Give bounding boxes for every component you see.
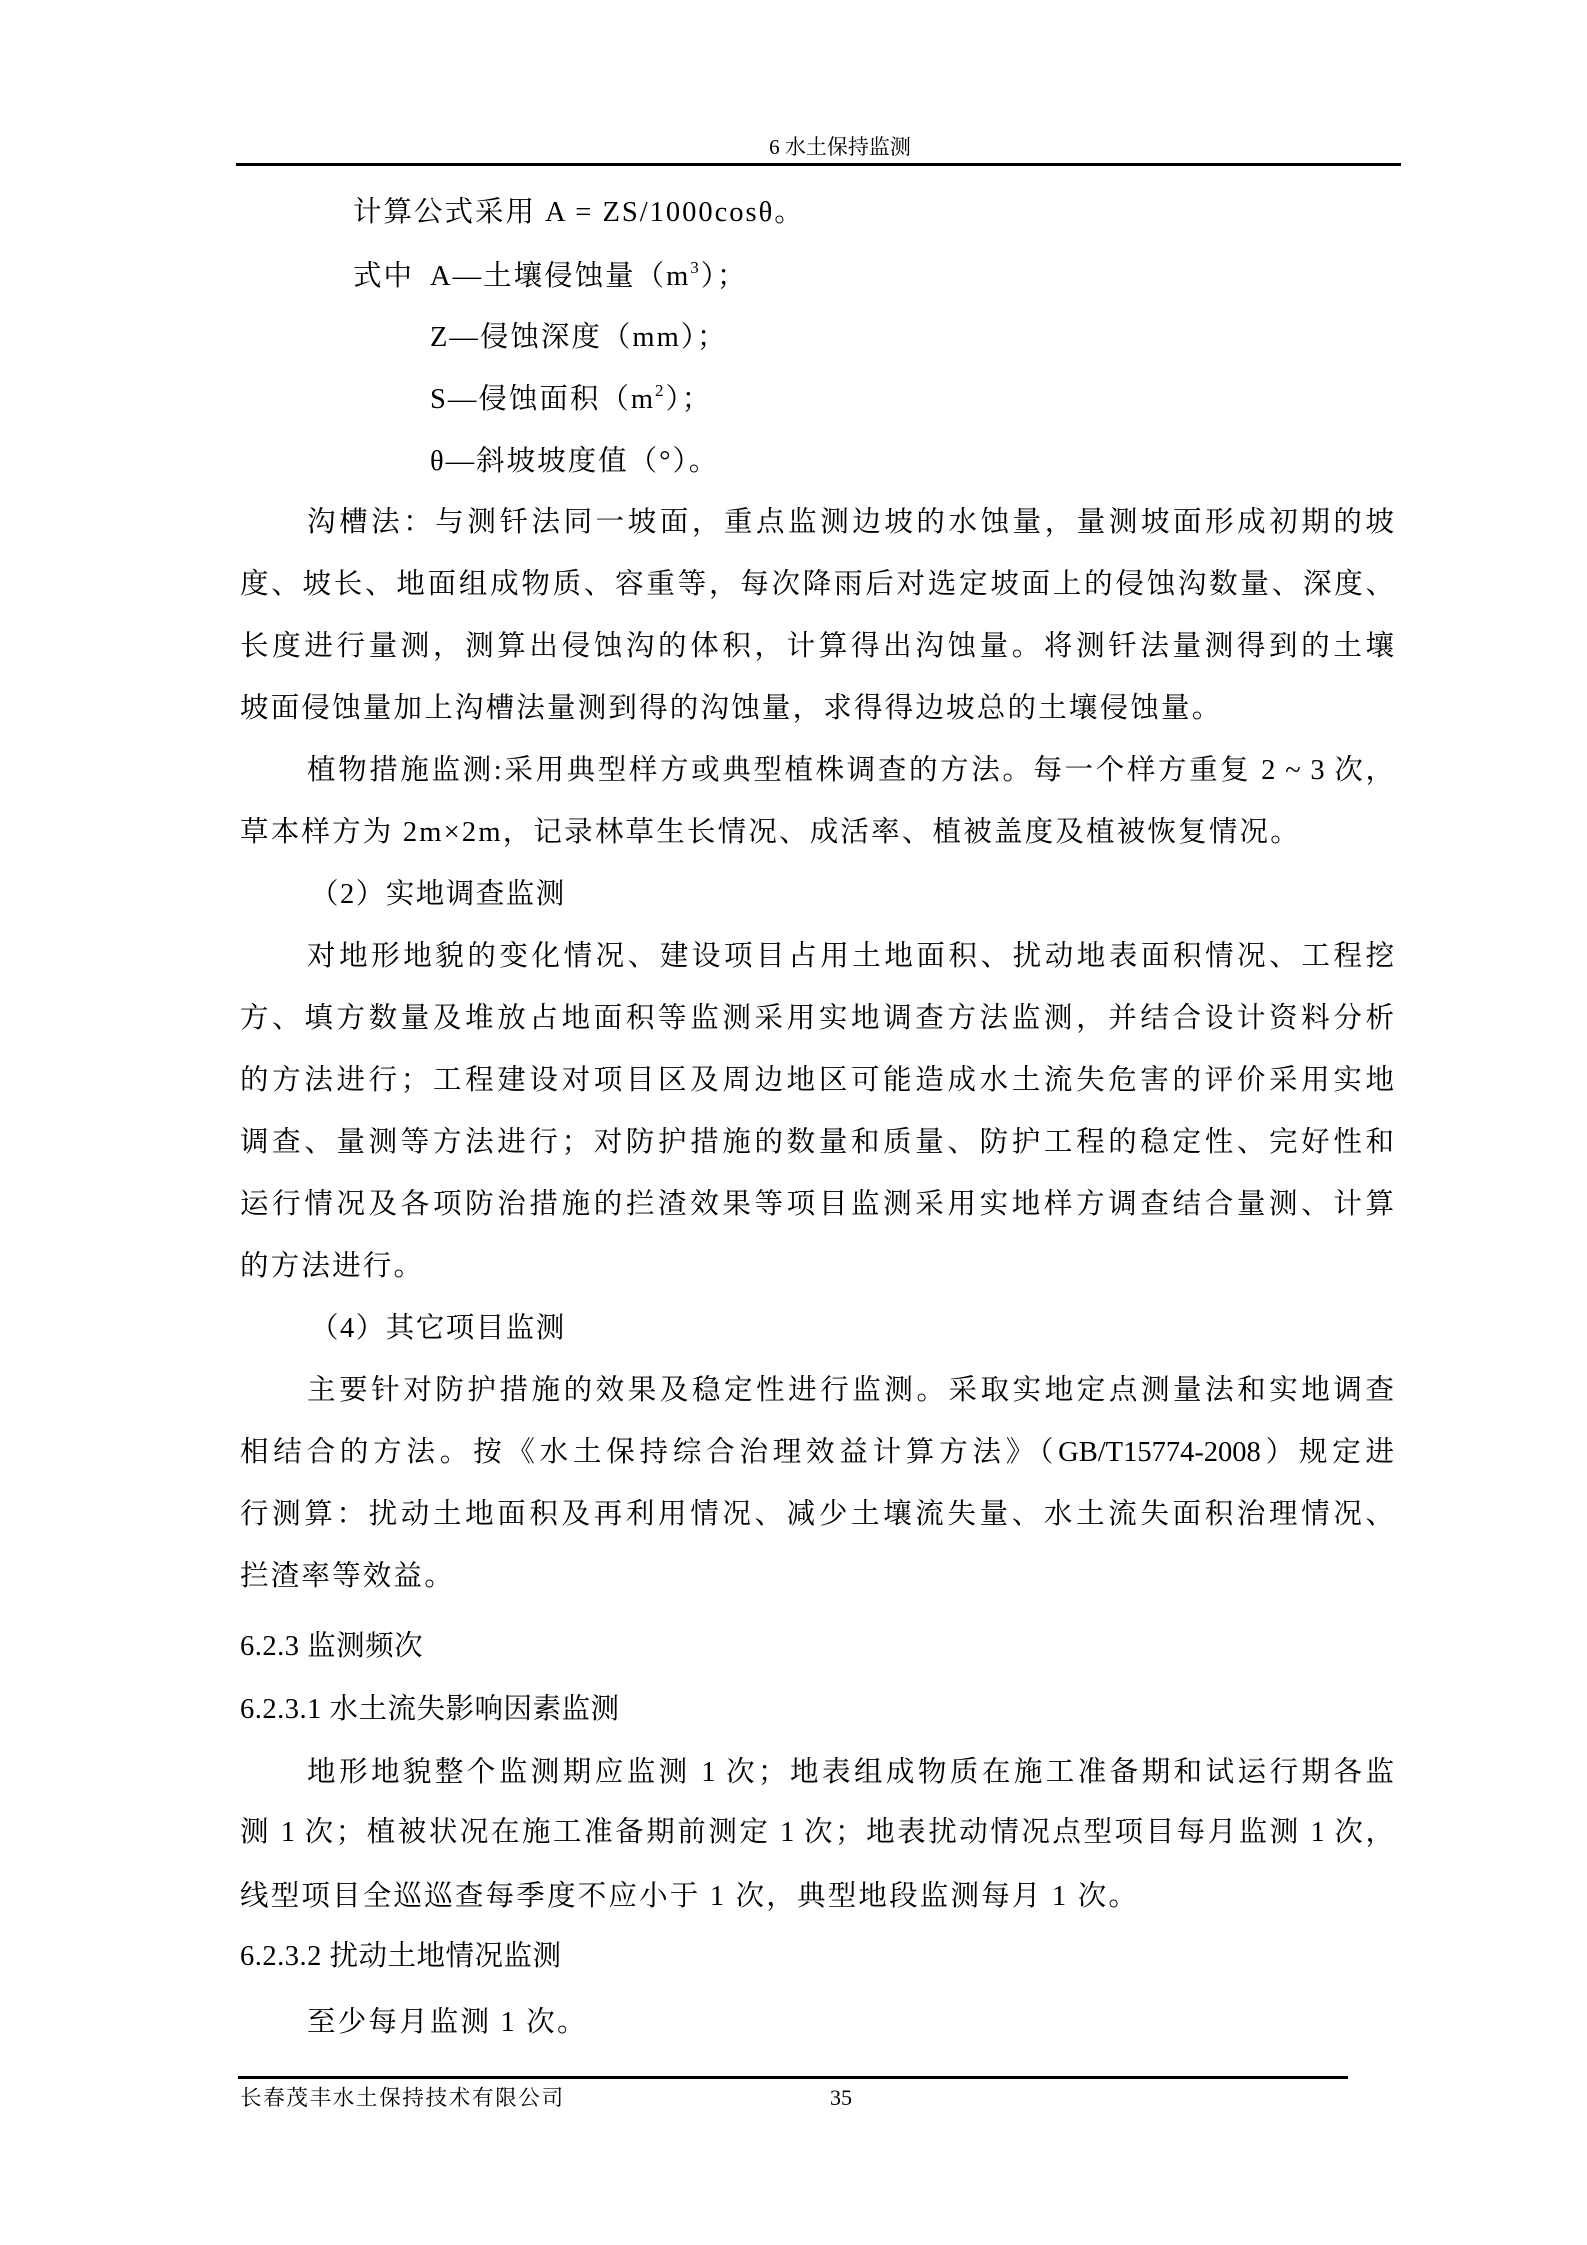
- paragraph-other-line: 拦渣率等效益。: [240, 1557, 455, 1597]
- var-symbol: θ: [430, 446, 446, 477]
- var-symbol: A: [430, 261, 453, 292]
- paragraph-gully-line: 长度进行量测，测算出侵蚀沟的体积，计算得出沟蚀量。将测钎法量测得到的土壤: [240, 627, 1394, 667]
- var-tail: ）；: [701, 261, 748, 292]
- paragraph-gully-line: 度、坡长、地面组成物质、容重等，每次降雨后对选定坡面上的侵蚀沟数量、深度、: [240, 565, 1394, 605]
- paragraph-6-2-3-2: 至少每月监测 1 次。: [307, 2003, 588, 2043]
- var-desc: —侵蚀面积（m: [448, 384, 655, 415]
- paragraph-gully-line: 坡面侵蚀量加上沟槽法量测到得的沟蚀量，求得得边坡总的土壤侵蚀量。: [240, 689, 1222, 729]
- section-heading-6-2-3: 6.2.3 监测频次: [240, 1627, 423, 1667]
- footer-page-number: 35: [830, 2084, 852, 2112]
- section-heading-6-2-3-2: 6.2.3.2 扰动土地情况监测: [240, 1937, 562, 1977]
- paragraph-6-2-3-1-line: 线型项目全巡巡查每季度不应小于 1 次，典型地段监测每月 1 次。: [240, 1877, 1139, 1917]
- subheading-other-items: （4）其它项目监测: [310, 1309, 566, 1349]
- paragraph-gully-line: 沟槽法：与测钎法同一坡面，重点监测边坡的水蚀量，量测坡面形成初期的坡: [307, 503, 1394, 543]
- var-symbol: S: [430, 384, 448, 415]
- formula-where-label: 式中: [353, 257, 414, 297]
- paragraph-field-survey-line: 运行情况及各项防治措施的拦渣效果等项目监测采用实地样方调查结合量测、计算: [240, 1185, 1394, 1225]
- paragraph-vegetation-line: 植物措施监测:采用典型样方或典型植株调查的方法。每一个样方重复 2 ~ 3 次，: [307, 751, 1394, 791]
- formula-intro: 计算公式采用 A = ZS/1000cosθ。: [353, 193, 805, 233]
- var-superscript: 3: [690, 258, 701, 277]
- paragraph-field-survey-line: 方、填方数量及堆放占地面积等监测采用实地调查方法监测，并结合设计资料分析: [240, 999, 1394, 1039]
- paragraph-other-line: 相结合的方法。按《水土保持综合治理效益计算方法》（GB/T15774-2008）…: [240, 1433, 1394, 1473]
- formula-var-s: S—侵蚀面积（m2）；: [430, 380, 712, 420]
- page-header-chapter-title: 6 水土保持监测: [740, 133, 940, 161]
- footer-divider: [238, 2076, 1348, 2079]
- subheading-field-survey: （2）实地调查监测: [310, 875, 566, 915]
- section-heading-6-2-3-1: 6.2.3.1 水土流失影响因素监测: [240, 1690, 620, 1730]
- var-desc: —土壤侵蚀量（m: [453, 261, 691, 292]
- paragraph-other-line: 主要针对防护措施的效果及稳定性进行监测。采取实地定点测量法和实地调查: [307, 1371, 1394, 1411]
- var-tail: ）；: [666, 384, 713, 415]
- var-desc: —侵蚀深度（mm）；: [449, 322, 727, 353]
- paragraph-field-survey-line: 的方法进行；工程建设对项目区及周边地区可能造成水土流失危害的评价采用实地: [240, 1061, 1394, 1101]
- formula-var-z: Z—侵蚀深度（mm）；: [430, 318, 728, 358]
- formula-var-a: A—土壤侵蚀量（m3）；: [430, 257, 748, 297]
- paragraph-other-line: 行测算：扰动土地面积及再利用情况、减少土壤流失量、水土流失面积治理情况、: [240, 1495, 1394, 1535]
- paragraph-field-survey-line: 调查、量测等方法进行；对防护措施的数量和质量、防护工程的稳定性、完好性和: [240, 1123, 1394, 1163]
- footer-company-name: 长春茂丰水土保持技术有限公司: [240, 2084, 565, 2112]
- paragraph-6-2-3-1-line: 地形地貌整个监测期应监测 1 次；地表组成物质在施工准备期和试运行期各监: [307, 1753, 1394, 1793]
- var-superscript: 2: [655, 381, 666, 400]
- paragraph-vegetation-line: 草本样方为 2m×2m，记录林草生长情况、成活率、植被盖度及植被恢复情况。: [240, 813, 1301, 853]
- paragraph-6-2-3-1-line: 测 1 次；植被状况在施工准备期前测定 1 次；地表扰动情况点型项目每月监测 1…: [240, 1813, 1394, 1853]
- header-divider: [236, 163, 1401, 166]
- var-symbol: Z: [430, 322, 449, 353]
- paragraph-field-survey-line: 对地形地貌的变化情况、建设项目占用土地面积、扰动地表面积情况、工程挖: [307, 937, 1394, 977]
- var-desc: —斜坡坡度值（°）。: [446, 446, 720, 477]
- paragraph-field-survey-line: 的方法进行。: [240, 1247, 424, 1287]
- formula-var-theta: θ—斜坡坡度值（°）。: [430, 442, 719, 482]
